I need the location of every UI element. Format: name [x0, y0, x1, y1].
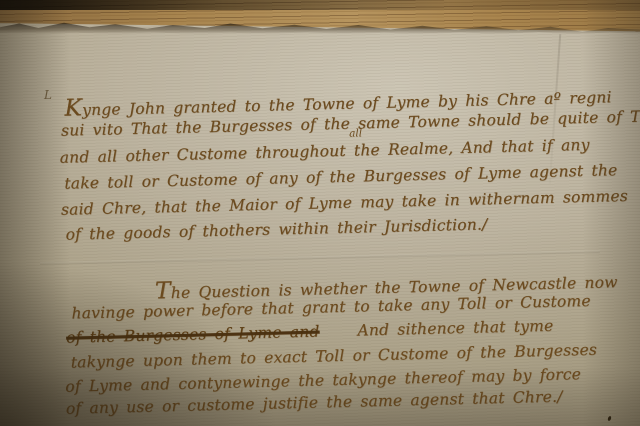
manuscript-line: and all other Custome throughout the Rea… — [59, 136, 589, 167]
struck-text: of the Burgesses of Lyme and — [66, 322, 320, 346]
manuscript-line-with-deletion: of the Burgesses of Lyme andAnd sithence… — [66, 317, 554, 347]
manuscript-photo: L Kynge John granted to the Towne of Lym… — [0, 0, 640, 426]
manuscript-line: take toll or Custome of any of the Burge… — [64, 161, 618, 193]
interlinear-insertion: all — [349, 127, 362, 139]
photo-top-shadow — [0, 0, 640, 10]
manuscript-line: said Chre, that the Maior of Lyme may ta… — [61, 187, 628, 219]
manuscript-line-continuation: And sithence that tyme — [357, 317, 553, 340]
manuscript-text-block: Kynge John granted to the Towne of Lyme … — [50, 74, 640, 423]
manuscript-line: of the goods of thothers within their Ju… — [65, 215, 487, 243]
